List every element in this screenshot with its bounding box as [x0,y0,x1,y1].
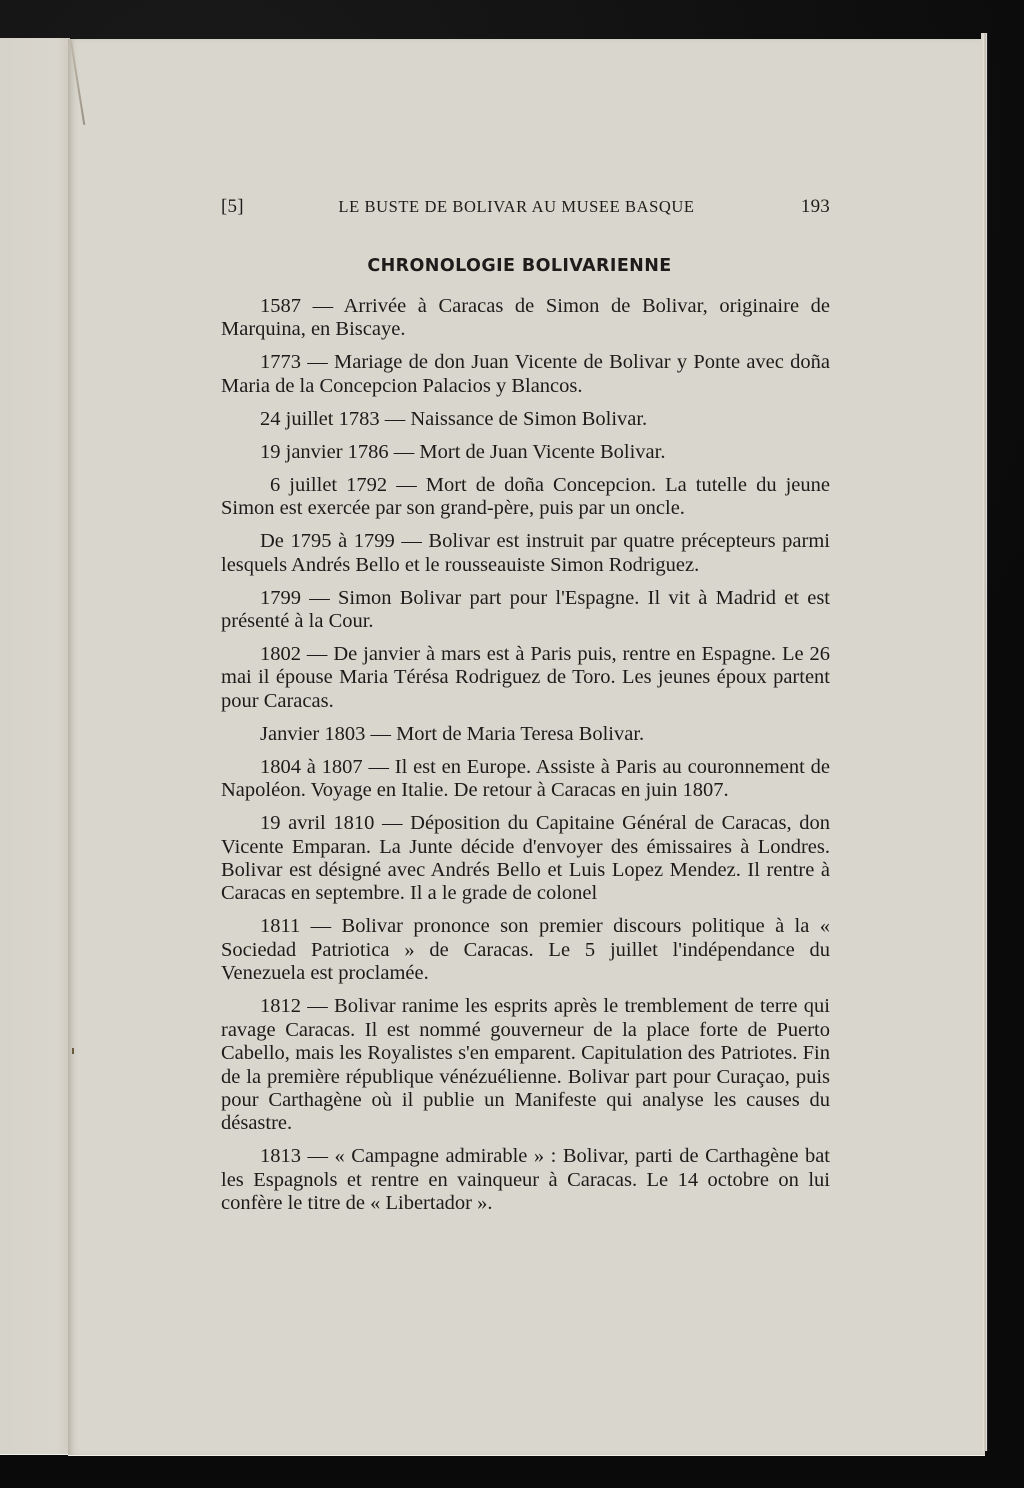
chronology-entry: 19 avril 1810 — Déposition du Capitaine … [221,812,830,906]
chronology-entry: 1812 — Bolivar ranime les esprits après … [221,995,830,1135]
page-edge [981,33,988,1451]
spine-mark [72,1048,74,1054]
chronology-entry: 1587 — Arrivée à Caracas de Simon de Bol… [221,295,830,342]
section-title: CHRONOLOGIE BOLIVARIENNE [221,256,830,282]
running-head: [5] LE BUSTE DE BOLIVAR AU MUSEE BASQUE … [221,196,830,226]
previous-page-strip [0,38,70,1455]
running-title: LE BUSTE DE BOLIVAR AU MUSEE BASQUE [261,197,790,217]
page-content: [5] LE BUSTE DE BOLIVAR AU MUSEE BASQUE … [221,196,830,1225]
chronology-list: 1587 — Arrivée à Caracas de Simon de Bol… [221,295,830,1216]
chronology-entry: 24 juillet 1783 — Naissance de Simon Bol… [221,408,830,431]
chronology-entry: 19 janvier 1786 — Mort de Juan Vicente B… [221,441,830,464]
chronology-entry: 1802 — De janvier à mars est à Paris pui… [221,643,830,713]
chronology-entry: 6 juillet 1792 — Mort de doña Concepcion… [221,474,830,521]
page-number: 193 [790,196,830,218]
chronology-entry: Janvier 1803 — Mort de Maria Teresa Boli… [221,723,830,746]
chronology-entry: 1773 — Mariage de don Juan Vicente de Bo… [221,351,830,398]
chronology-entry: 1799 — Simon Bolivar part pour l'Espagne… [221,587,830,634]
section-number: [5] [221,196,261,218]
chronology-entry: 1813 — « Campagne admirable » : Bolivar,… [221,1145,830,1215]
chronology-entry: De 1795 à 1799 — Bolivar est instruit pa… [221,530,830,577]
chronology-entry: 1811 — Bolivar prononce son premier disc… [221,915,830,985]
chronology-entry: 1804 à 1807 — Il est en Europe. Assiste … [221,756,830,803]
